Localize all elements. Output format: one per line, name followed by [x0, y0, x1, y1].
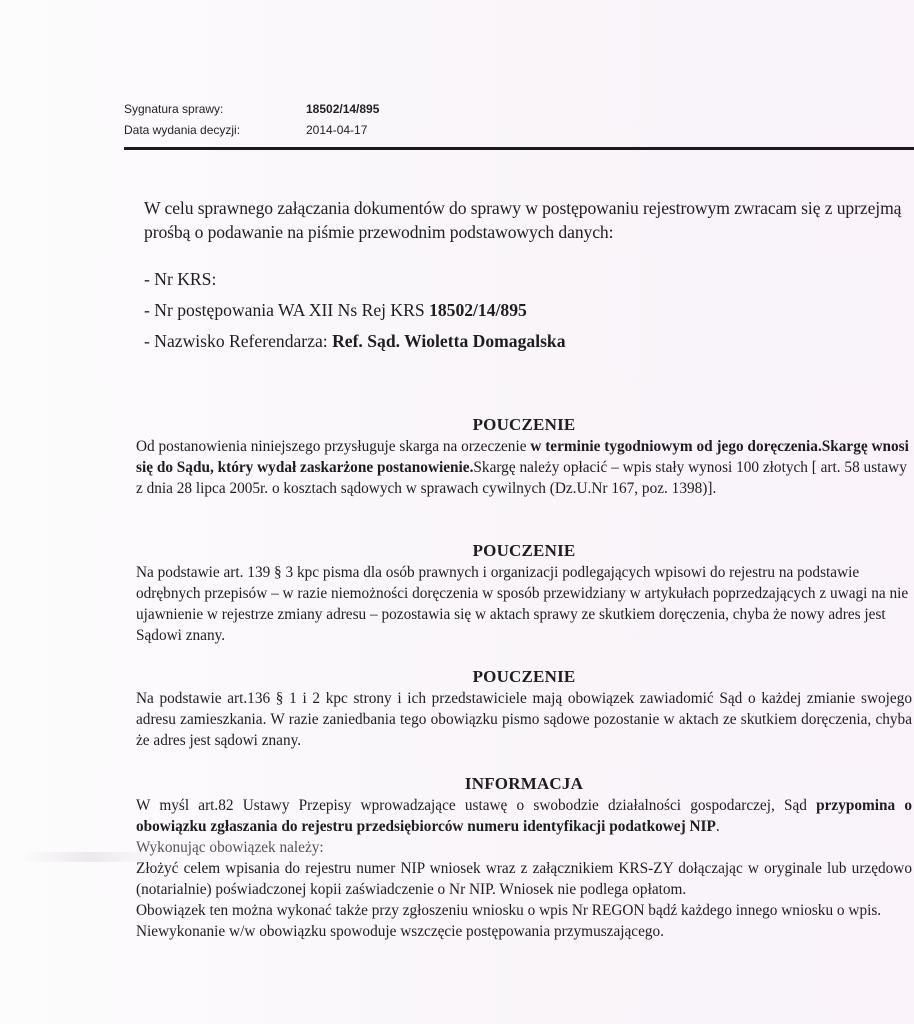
paper-fold-shadow: [20, 852, 160, 862]
section-text: .: [716, 818, 720, 835]
section-body: Na podstawie art.136 § 1 i 2 kpc strony …: [136, 688, 912, 751]
list-item-label: - Nr postępowania WA XII Ns Rej KRS: [144, 300, 429, 320]
case-signature-value: 18502/14/895: [306, 102, 379, 116]
case-header: Sygnatura sprawy: 18502/14/895 Data wyda…: [124, 98, 379, 140]
section-title: POUCZENIE: [136, 666, 912, 688]
list-item-label: - Nazwisko Referendarza:: [144, 331, 332, 351]
section-line: Niewykonanie w/w obowiązku spowoduje wsz…: [136, 921, 912, 942]
section-body: Na podstawie art. 139 § 3 kpc pisma dla …: [136, 562, 912, 646]
list-item-referendary-name: - Nazwisko Referendarza: Ref. Sąd. Wiole…: [144, 326, 844, 357]
instruction-section-complaint: POUCZENIE Od postanowienia niniejszego p…: [136, 414, 912, 499]
section-line: Wykonując obowiązek należy:: [136, 837, 912, 858]
section-line: Obowiązek ten można wykonać także przy z…: [136, 900, 912, 921]
header-divider: [124, 147, 914, 150]
section-text: W myśl art.82 Ustawy Przepisy wprowadzaj…: [136, 797, 816, 814]
list-item-case-number: - Nr postępowania WA XII Ns Rej KRS 1850…: [144, 295, 844, 326]
intro-text: W celu sprawnego załączania dokumentów d…: [144, 196, 914, 244]
list-item-label: - Nr KRS:: [144, 269, 216, 289]
section-title: POUCZENIE: [136, 414, 912, 436]
decision-date-row: Data wydania decyzji: 2014-04-17: [124, 119, 379, 140]
required-data-list: - Nr KRS: - Nr postępowania WA XII Ns Re…: [144, 264, 844, 357]
scanned-document-page: Sygnatura sprawy: 18502/14/895 Data wyda…: [0, 0, 914, 1024]
list-item-krs-number: - Nr KRS:: [144, 264, 844, 295]
instruction-section-address-change: POUCZENIE Na podstawie art.136 § 1 i 2 k…: [136, 666, 912, 751]
information-section-nip: INFORMACJA W myśl art.82 Ustawy Przepisy…: [136, 773, 912, 942]
section-body: W myśl art.82 Ustawy Przepisy wprowadzaj…: [136, 795, 912, 837]
decision-date-value: 2014-04-17: [306, 123, 367, 137]
section-title: INFORMACJA: [136, 773, 912, 795]
list-item-value: Ref. Sąd. Wioletta Domagalska: [332, 331, 565, 351]
section-line: Złożyć celem wpisania do rejestru numer …: [136, 858, 912, 900]
section-body: Od postanowienia niniejszego przysługuje…: [136, 436, 912, 499]
case-signature-row: Sygnatura sprawy: 18502/14/895: [124, 98, 379, 119]
intro-paragraph: W celu sprawnego załączania dokumentów d…: [144, 196, 914, 244]
section-text: Od postanowienia niniejszego przysługuje…: [136, 438, 530, 455]
case-signature-label: Sygnatura sprawy:: [124, 102, 306, 116]
decision-date-label: Data wydania decyzji:: [124, 123, 306, 137]
section-title: POUCZENIE: [136, 540, 912, 562]
list-item-value: 18502/14/895: [429, 300, 527, 320]
instruction-section-delivery: POUCZENIE Na podstawie art. 139 § 3 kpc …: [136, 540, 912, 646]
